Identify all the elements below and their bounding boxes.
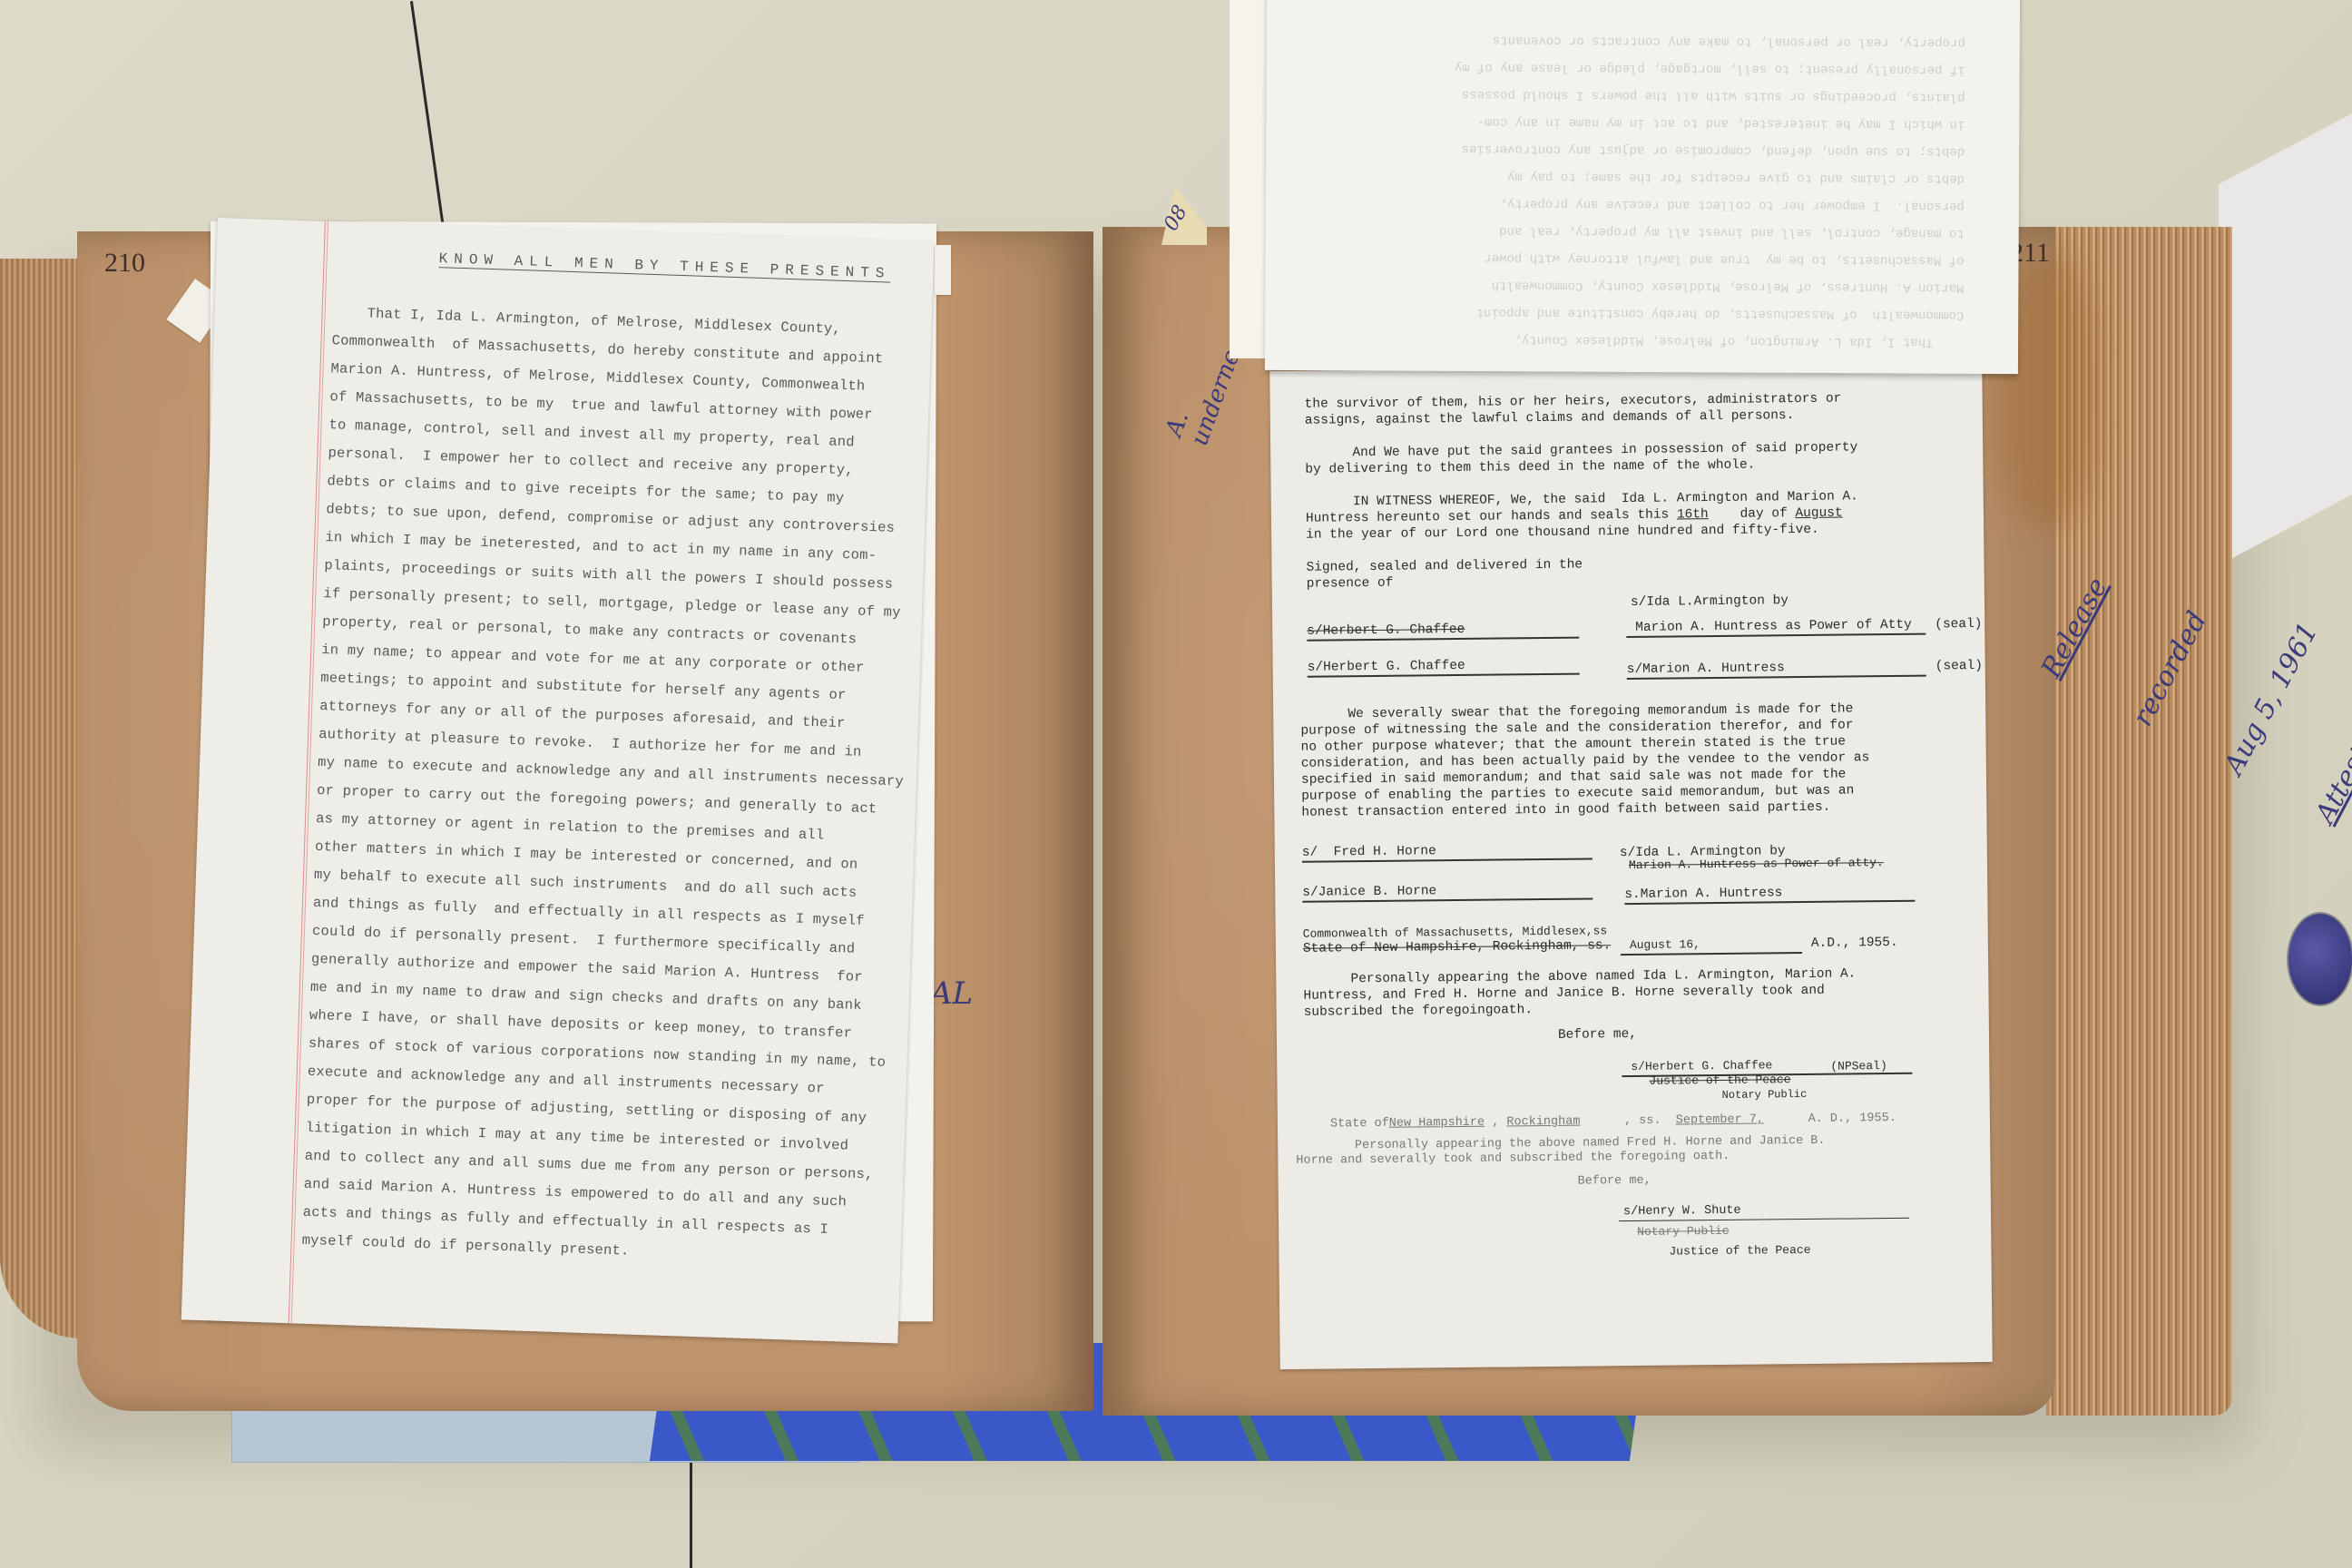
ack-date: August 16,: [1630, 936, 1700, 954]
text: , ss.: [1624, 1114, 1661, 1128]
table-seam: [410, 1, 446, 235]
text-line: Horne and severally took and subscribed …: [1296, 1149, 1730, 1170]
signature-ida-sub: Marion A. Huntress as Power of atty.: [1629, 855, 1884, 874]
text: State of: [1330, 1117, 1389, 1132]
venue-struck: State of New Hampshire, Rockingham, ss.: [1303, 937, 1612, 957]
ack2-date: September 7,: [1676, 1112, 1764, 1127]
folded-page-reverse[interactable]: That I, Ida L. Armington, of Melrose, Mi…: [1265, 0, 2020, 374]
text: day of: [1739, 506, 1787, 522]
notary-title: Notary Public: [1722, 1086, 1808, 1103]
page-number-left: 210: [104, 248, 145, 279]
day-field: 16th: [1677, 507, 1709, 522]
document-title: KNOW ALL MEN BY THESE PRESENTS: [438, 250, 890, 282]
county-field: Rockingham: [1506, 1115, 1580, 1130]
signature-witness-struck: s/Herbert G. Chaffee: [1307, 622, 1465, 640]
document-body: That I, Ida L. Armington, of Melrose, Mi…: [301, 299, 919, 1274]
seal-label: (seal): [1935, 658, 1983, 675]
signature-marion: s.Marion A. Huntress: [1624, 885, 1782, 903]
jp-title: Justice of the Peace: [1669, 1242, 1810, 1260]
handwritten-initials: AL: [930, 975, 973, 1012]
text-line: subscribed the foregoingoath.: [1304, 1002, 1534, 1021]
signature-witness: s/Herbert G. Chaffee: [1308, 658, 1465, 676]
deed-document: the survivor of them, his or her heirs, …: [1269, 364, 1992, 1369]
text-line: Signed, sealed and delivered in the: [1306, 557, 1583, 576]
ack2-year: A. D., 1955.: [1808, 1112, 1896, 1126]
signature-grantor2: s/Marion A. Huntress: [1627, 660, 1785, 678]
title-struck: Notary Public: [1637, 1223, 1730, 1240]
power-of-attorney-document: KNOW ALL MEN BY THESE PRESENTS That I, I…: [181, 218, 935, 1344]
ack2-venue: State ofNew Hampshire , Rockingham , ss.…: [1330, 1111, 1896, 1133]
month-field: August: [1795, 506, 1842, 522]
before-me: Before me,: [1558, 1026, 1637, 1044]
signature-janice-horne: s/Janice B. Horne: [1302, 883, 1436, 901]
tape-strip: [935, 245, 951, 295]
page-edges-left: [0, 259, 86, 1338]
signature-fred-horne: s/ Fred H. Horne: [1302, 843, 1436, 861]
ack-year: A.D., 1955.: [1811, 935, 1898, 952]
decorative-disc: [2287, 912, 2352, 1006]
text-line: presence of: [1307, 575, 1394, 593]
mirrored-text: That I, Ida L. Armington, of Melrose, Mi…: [1319, 7, 1965, 356]
text-line: by delivering to them this deed in the n…: [1305, 457, 1755, 478]
before-me: Before me,: [1578, 1173, 1651, 1191]
state-field: New Hampshire: [1389, 1116, 1485, 1131]
signature-grantor: s/Ida L.Armington by: [1631, 593, 1788, 611]
jp-signature: s/Henry W. Shute: [1623, 1203, 1741, 1220]
